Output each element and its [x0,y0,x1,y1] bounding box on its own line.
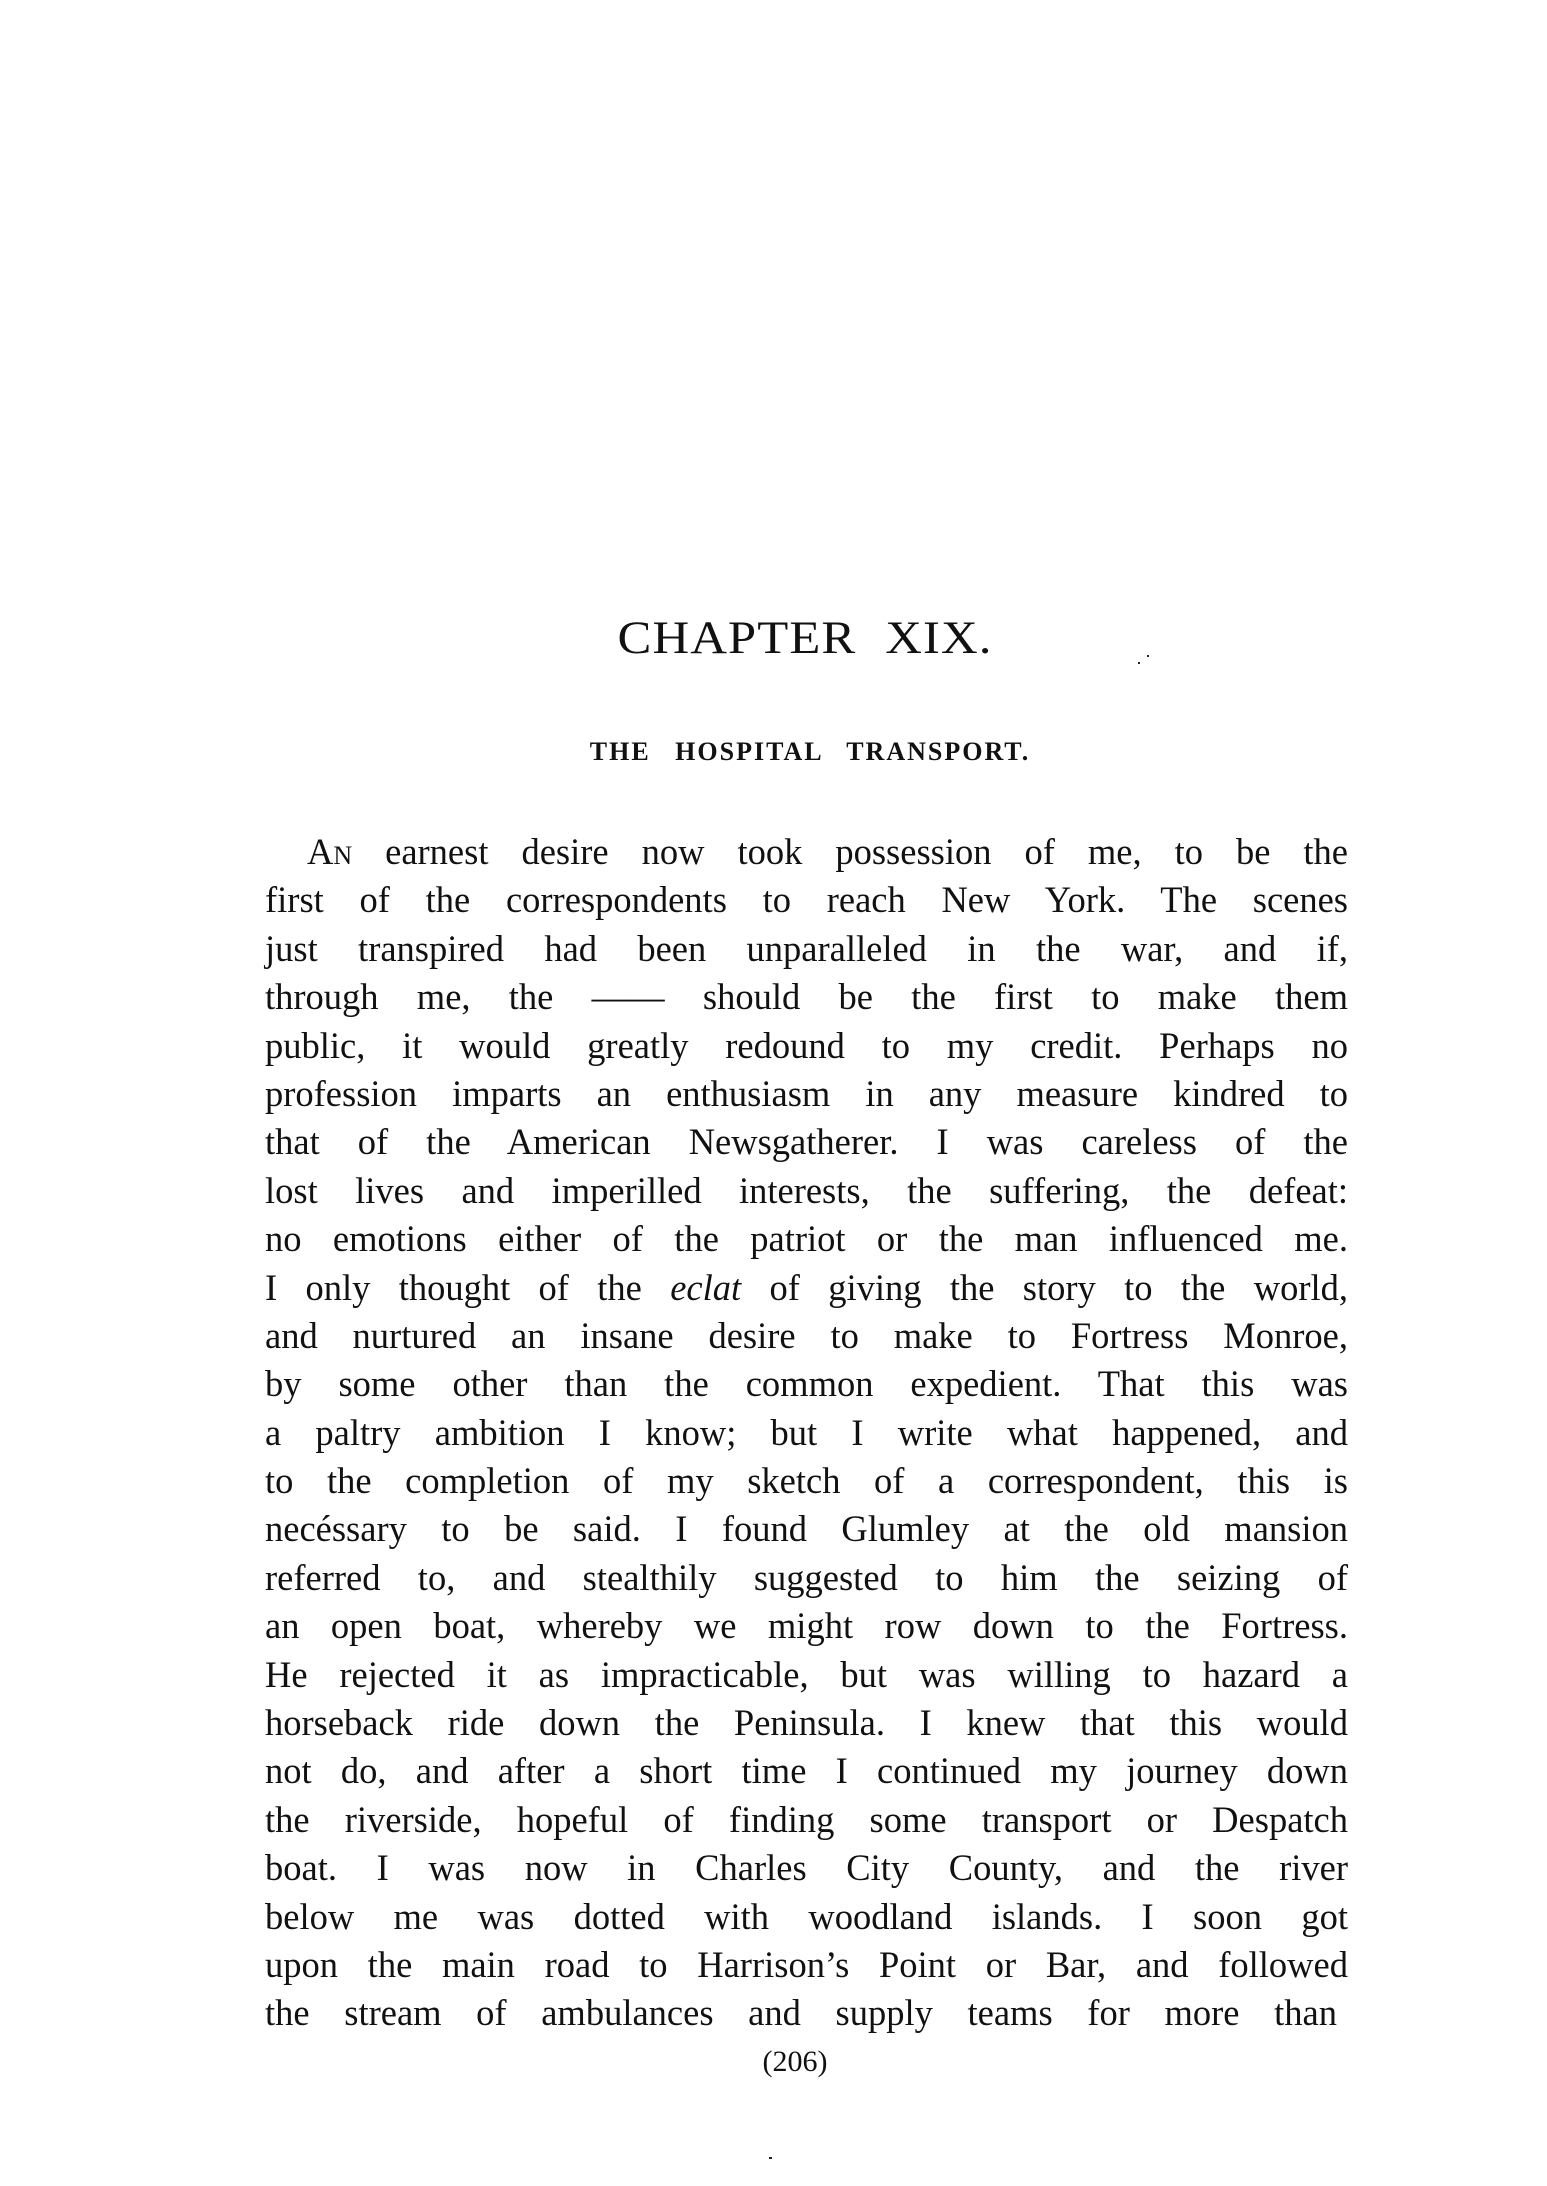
chapter-subtitle: THE HOSPITAL TRANSPORT. [0,735,1547,769]
text-line: He rejected it as impracticable, but was… [265,1651,1348,1699]
italic-word: eclat [670,1267,741,1308]
text-line: An earnest desire now took possession of… [265,828,1348,876]
text-line: that of the American Newsgatherer. I was… [265,1118,1348,1166]
text-line-content: earnest desire now took possession of me… [352,831,1348,872]
text-line: horseback ride down the Peninsula. I kne… [265,1699,1348,1747]
text-line: first of the correspondents to reach New… [265,876,1348,924]
text-line: and nurtured an insane desire to make to… [265,1312,1348,1360]
text-line: by some other than the common expedient.… [265,1360,1348,1408]
text-line: profession imparts an enthusiasm in any … [265,1070,1348,1118]
book-page: CHAPTER XIX. THE HOSPITAL TRANSPORT. An … [0,0,1547,2186]
text-line: no emotions either of the patriot or the… [265,1215,1348,1263]
body-paragraph: An earnest desire now took possession of… [265,828,1348,2038]
text-line: the stream of ambulances and supply team… [265,1989,1337,2037]
text-line: to the completion of my sketch of a corr… [265,1457,1348,1505]
scan-speck [1138,662,1140,664]
text-line: necéssary to be said. I found Glumley at… [265,1505,1348,1553]
paragraph-opening-smallcaps: An [307,831,352,872]
text-line: an open boat, whereby we might row down … [265,1602,1348,1650]
scan-speck [1147,655,1149,657]
page-number: (206) [0,2042,1547,2082]
text-line: public, it would greatly redound to my c… [265,1022,1348,1070]
chapter-title: CHAPTER XIX. [0,608,1547,668]
text-line: not do, and after a short time I continu… [265,1747,1348,1795]
text-line: through me, the —— should be the first t… [265,973,1348,1021]
text-line: I only thought of the eclat of giving th… [265,1264,1348,1312]
text-line: referred to, and stealthily suggested to… [265,1554,1348,1602]
text-line-content: of giving the story to the world, [741,1267,1348,1308]
text-line: boat. I was now in Charles City County, … [265,1844,1348,1892]
scan-speck [769,2157,772,2159]
text-line-content: I only thought of the [265,1267,670,1308]
text-line: below me was dotted with woodland island… [265,1893,1348,1941]
text-line: upon the main road to Harrison’s Point o… [265,1941,1348,1989]
text-line: the riverside, hopeful of finding some t… [265,1796,1348,1844]
text-line: just transpired had been unparalleled in… [265,925,1348,973]
text-line: a paltry ambition I know; but I write wh… [265,1409,1348,1457]
text-line: lost lives and imperilled interests, the… [265,1167,1348,1215]
